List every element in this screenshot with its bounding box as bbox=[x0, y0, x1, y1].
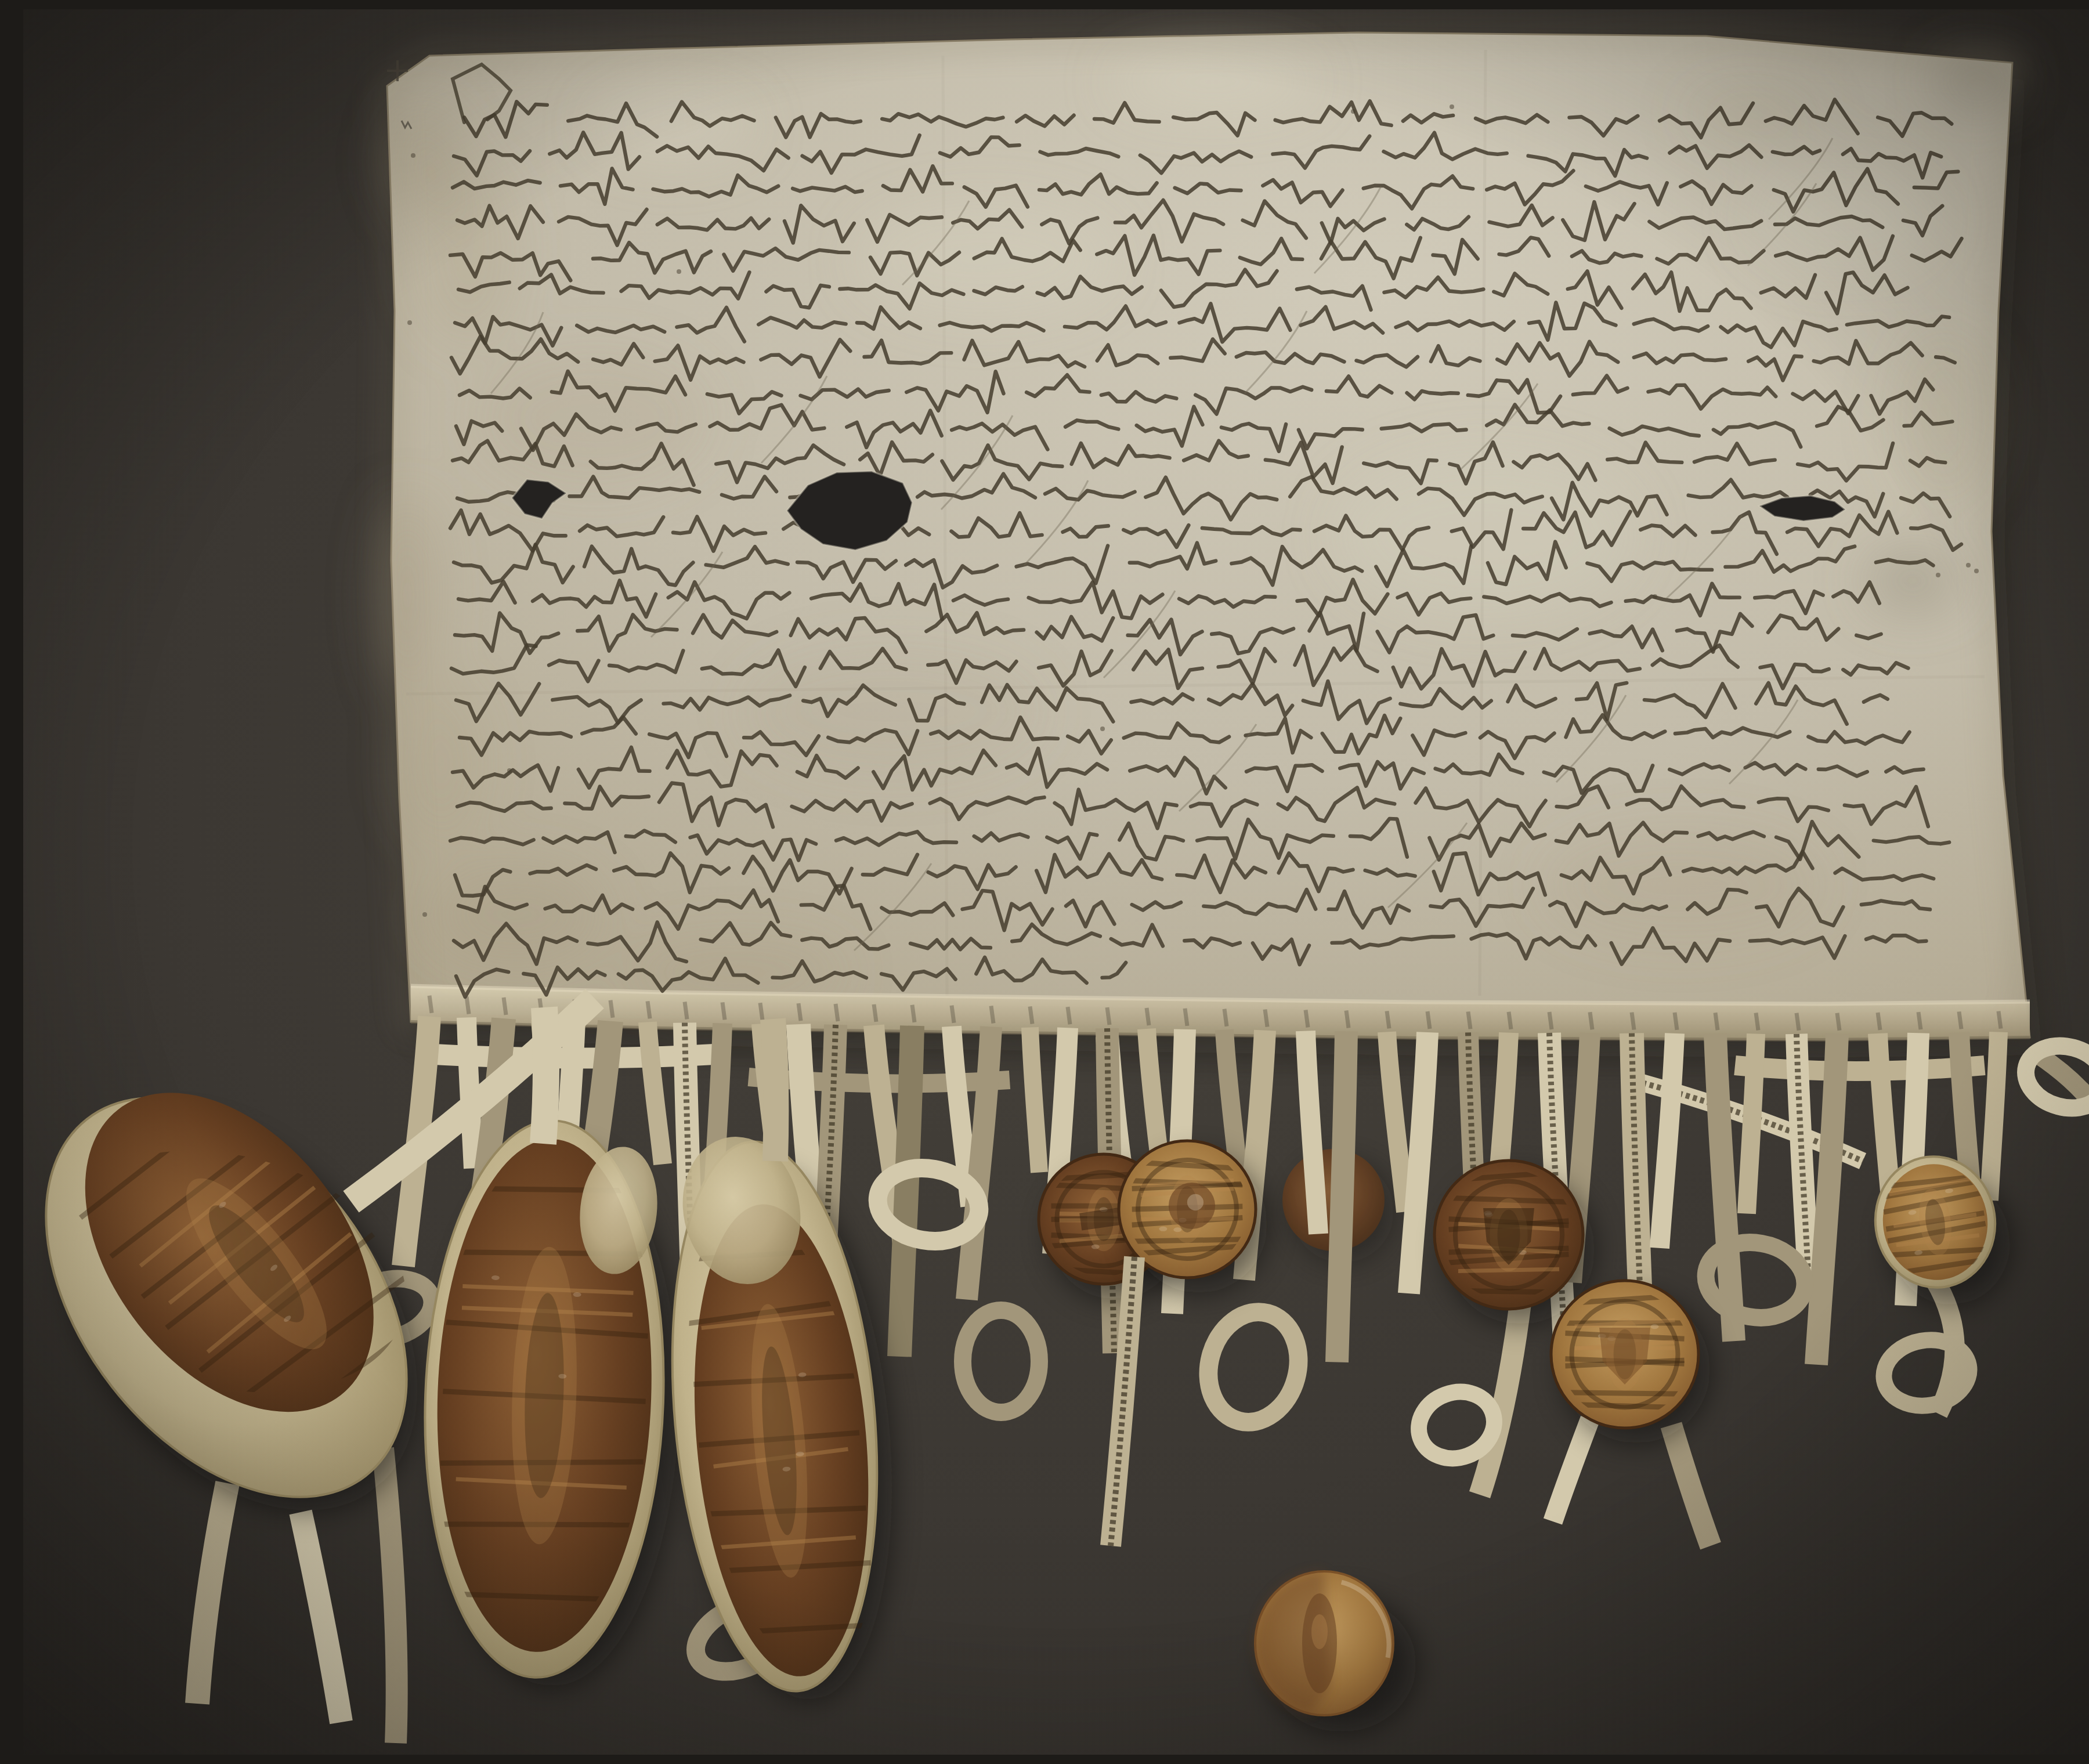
charter-photograph bbox=[23, 9, 2089, 1755]
vignette-layer bbox=[23, 9, 2089, 1755]
photo-vignette bbox=[23, 9, 2089, 1755]
charter-scene bbox=[23, 9, 2089, 1755]
